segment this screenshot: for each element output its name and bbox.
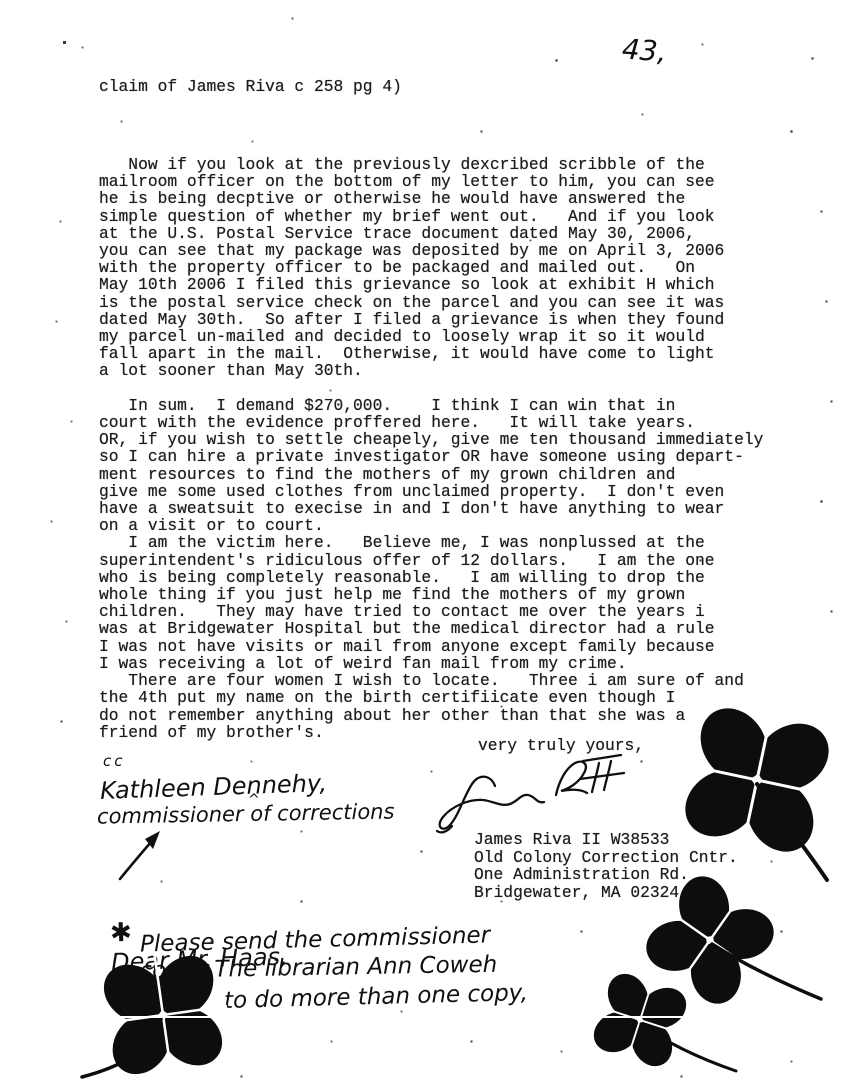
insert-caret-mark: ^ — [248, 792, 260, 808]
scan-artifact-line — [0, 1016, 850, 1018]
clover-stamp-bottom-middle — [578, 958, 736, 1081]
sender-address-block: James Riva II W38533 Old Colony Correcti… — [474, 831, 738, 901]
letter-body: Now if you look at the previously dexcri… — [99, 156, 763, 741]
header-line: claim of James Riva c 258 pg 4) — [99, 78, 402, 95]
letter-closing: very truly yours, — [478, 737, 644, 754]
scanned-letter-page: 43, claim of James Riva c 258 pg 4) Now … — [0, 0, 850, 1083]
arrow-up-icon — [120, 831, 160, 879]
cc-label: cc — [103, 752, 126, 770]
signature-scribble — [437, 755, 624, 832]
scan-noise-specks — [0, 0, 1, 1]
cc-name: Kathleen Dennehy, — [100, 769, 328, 805]
handwritten-note-line-3: a copy, The librarian Ann Coweh — [118, 952, 498, 985]
handwritten-page-number: 43, — [621, 32, 668, 68]
asterisk-star-icon: ✱ — [110, 918, 133, 949]
cc-title: commissioner of corrections — [97, 799, 395, 828]
